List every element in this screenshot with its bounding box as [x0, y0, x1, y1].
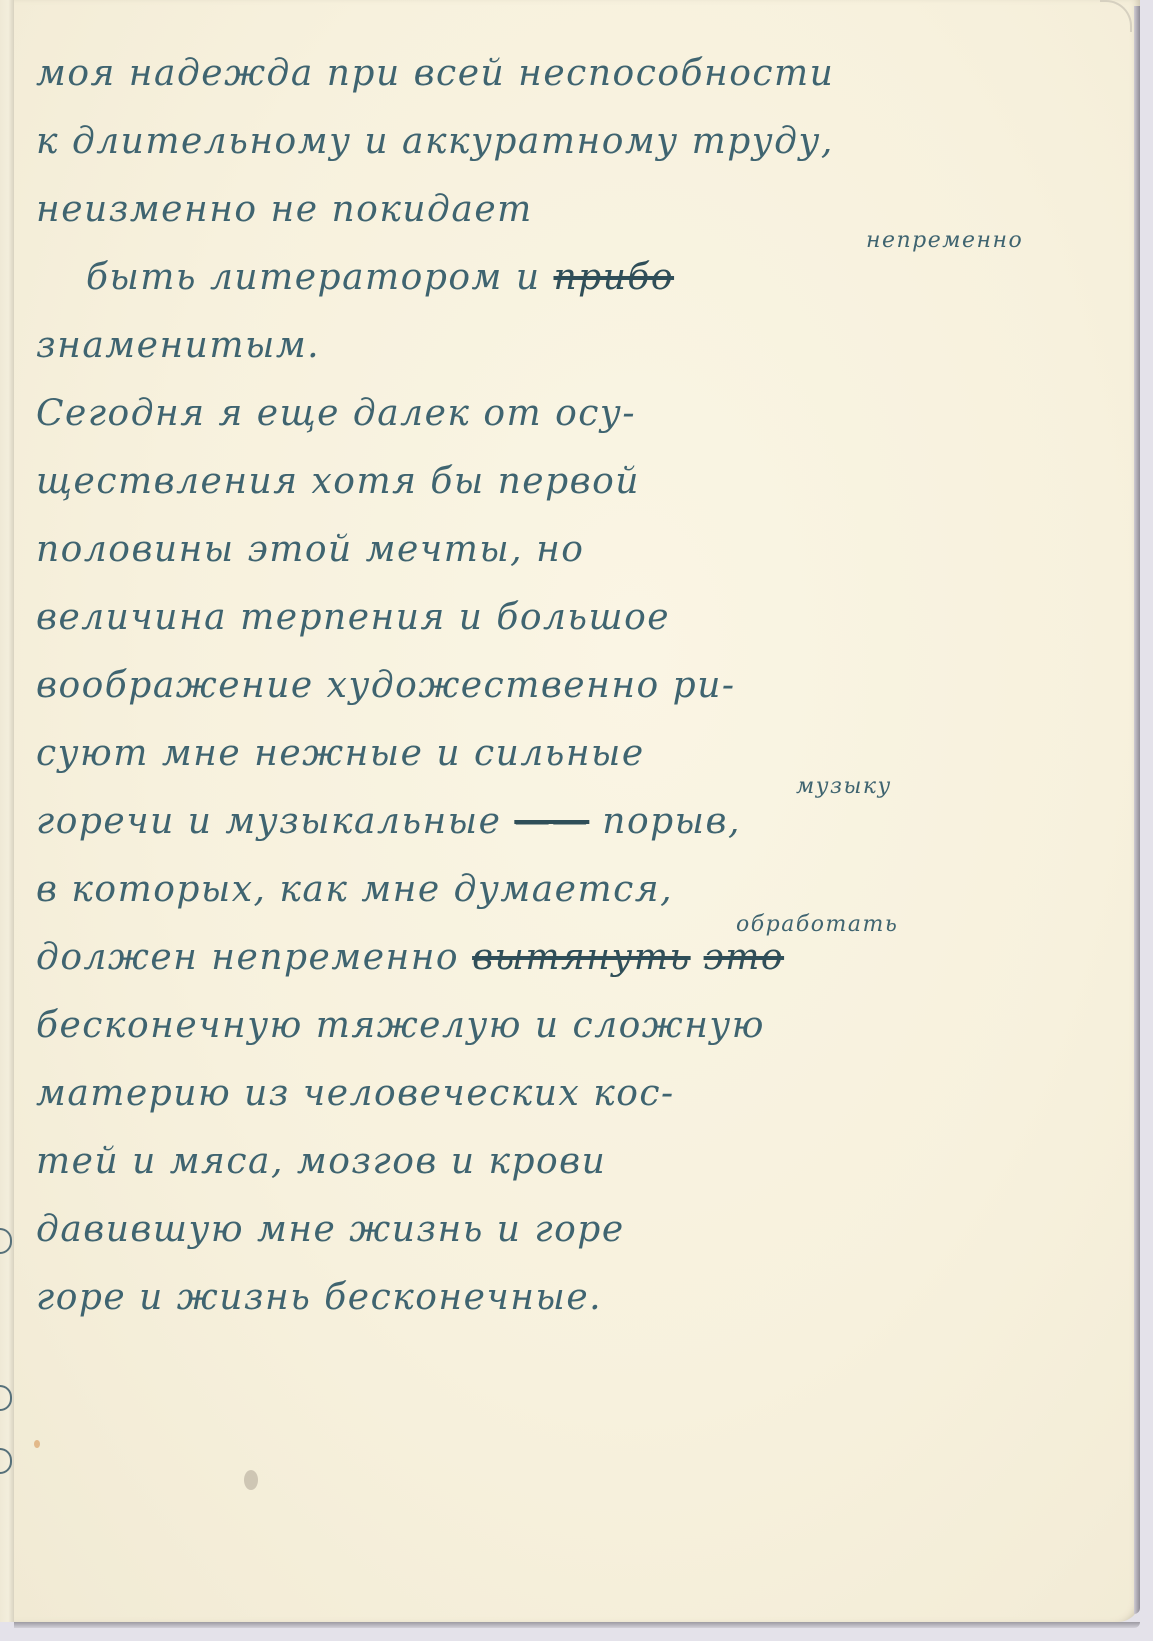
struck-word: —— — [514, 801, 589, 842]
text-line: знаменитым. — [36, 312, 1116, 380]
inserted-word: музыку — [796, 776, 892, 798]
text-line: материю из человеческих кос- — [36, 1060, 1116, 1128]
text-line: в которых, как мне думается, — [36, 856, 1116, 924]
text-line: тей и мяса, мозгов и крови — [36, 1128, 1116, 1196]
paper-speck — [244, 1470, 258, 1490]
text-line: Сегодня я еще далек от осу- — [36, 380, 1116, 448]
struck-word: вытянуть — [472, 937, 691, 978]
facing-page-ink-mark — [0, 1448, 12, 1474]
text-line: горе и жизнь бесконечные. — [36, 1264, 1116, 1332]
text-line: моя надежда при всей неспособности — [36, 40, 1116, 108]
line-text: быть литератором и — [86, 257, 541, 298]
text-line: бесконечную тяжелую и сложную — [36, 992, 1116, 1060]
text-line: к длительному и аккуратному труду, — [36, 108, 1116, 176]
page-corner — [1100, 0, 1132, 32]
text-line: половины этой мечты, но — [36, 516, 1116, 584]
text-line: должен непременно вытянуть обработать эт… — [36, 924, 1116, 992]
inserted-word: обработать — [736, 914, 898, 936]
text-line: ществления хотя бы первой — [36, 448, 1116, 516]
binding-strip — [0, 0, 15, 1622]
facing-page-ink-mark — [0, 1228, 12, 1254]
inserted-word: непременно — [866, 230, 1023, 252]
text-line: горечи и музыкальные —— музыку порыв, — [36, 788, 1116, 856]
facing-page-ink-mark — [0, 1385, 12, 1411]
paper-stain — [34, 1440, 40, 1448]
page-bottom-edge — [14, 1622, 1140, 1628]
line-tail: порыв, — [602, 801, 741, 842]
line-text: должен непременно — [36, 937, 459, 978]
text-line: быть литератором и прибо непременно — [36, 244, 1116, 312]
line-text: горечи и музыкальные — [36, 801, 501, 842]
handwritten-text: моя надежда при всей неспособности к дли… — [36, 40, 1116, 1332]
manuscript-page: моя надежда при всей неспособности к дли… — [14, 0, 1140, 1622]
text-line: воображение художественно ри- — [36, 652, 1116, 720]
text-line: давившую мне жизнь и горе — [36, 1196, 1116, 1264]
text-line: суют мне нежные и сильные — [36, 720, 1116, 788]
page-edge — [1134, 6, 1140, 1614]
struck-word: это — [704, 937, 784, 978]
text-line: величина терпения и большое — [36, 584, 1116, 652]
struck-word: прибо — [554, 257, 675, 298]
